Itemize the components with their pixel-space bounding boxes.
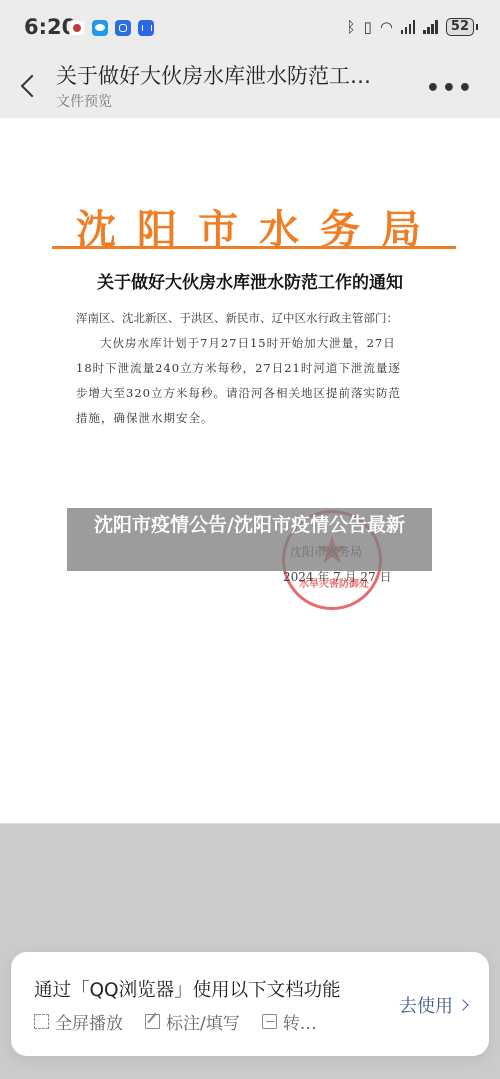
fullscreen-icon [34, 1014, 49, 1029]
image-icon [262, 1014, 277, 1029]
document-body: 浑南区、沈北新区、于洪区、新民市、辽中区水行政主管部门： 大伙房水库计划于7月2… [76, 306, 406, 431]
qq-browser-promo-card[interactable]: 通过「QQ浏览器」使用以下文档功能 全屏播放 标注/填写 转… 去使用 [11, 952, 489, 1056]
go-use-label: 去使用 [399, 992, 453, 1018]
wifi-icon: ◠ [380, 18, 393, 36]
shield-app-icon [115, 20, 131, 36]
feature-fullscreen[interactable]: 全屏播放 [34, 1009, 123, 1034]
page-subtitle: 文件预览 [56, 91, 112, 111]
message-bubble-app-icon [92, 20, 108, 36]
feature-convert[interactable]: 转… [262, 1009, 317, 1034]
signal-icon [423, 20, 438, 34]
chevron-right-icon [457, 999, 468, 1010]
promo-title: 通过「QQ浏览器」使用以下文档功能 [34, 976, 341, 1002]
document-divider [52, 246, 456, 249]
feature-annotate[interactable]: 标注/填写 [145, 1009, 240, 1034]
promo-feature-list: 全屏播放 标注/填写 转… [34, 1009, 317, 1034]
page-title: 关于做好大伙房水库泄水防范工… [56, 60, 371, 90]
national-emblem-app-icon [69, 20, 85, 36]
caption-overlay: 沈阳市疫情公告/沈阳市疫情公告最新 [67, 508, 432, 571]
document-preview[interactable]: 沈阳市水务局 关于做好大伙房水库泄水防范工作的通知 浑南区、沈北新区、于洪区、新… [0, 118, 500, 824]
battery-indicator: 52 [446, 18, 474, 36]
feature-label: 全屏播放 [55, 1009, 123, 1034]
go-use-button[interactable]: 去使用 [399, 992, 467, 1018]
document-recipients: 浑南区、沈北新区、于洪区、新民市、辽中区水行政主管部门： [76, 306, 406, 331]
status-indicators: ᛒ ▯ ◠ 52 [347, 18, 474, 36]
document-title: 关于做好大伙房水库泄水防范工作的通知 [0, 268, 500, 293]
feature-label: 标注/填写 [166, 1009, 240, 1034]
overlay-caption: 沈阳市疫情公告/沈阳市疫情公告最新 [67, 512, 432, 538]
more-options-button[interactable]: ••• [426, 76, 474, 101]
app-header: 关于做好大伙房水库泄水防范工… 文件预览 ••• [0, 58, 500, 118]
feature-label: 转… [283, 1009, 317, 1034]
edit-icon [145, 1014, 160, 1029]
back-button[interactable] [14, 68, 44, 104]
bluetooth-icon: ᛒ [347, 18, 356, 36]
vibrate-icon: ▯ [364, 18, 372, 36]
signal-icon [401, 20, 416, 34]
voice-app-icon [138, 20, 154, 36]
status-bar: 6:20 ᛒ ▯ ◠ 52 [0, 0, 500, 58]
document-paragraph: 大伙房水库计划于7月27日15时开始加大泄量，27日18时下泄流量240立方米每… [76, 331, 406, 431]
